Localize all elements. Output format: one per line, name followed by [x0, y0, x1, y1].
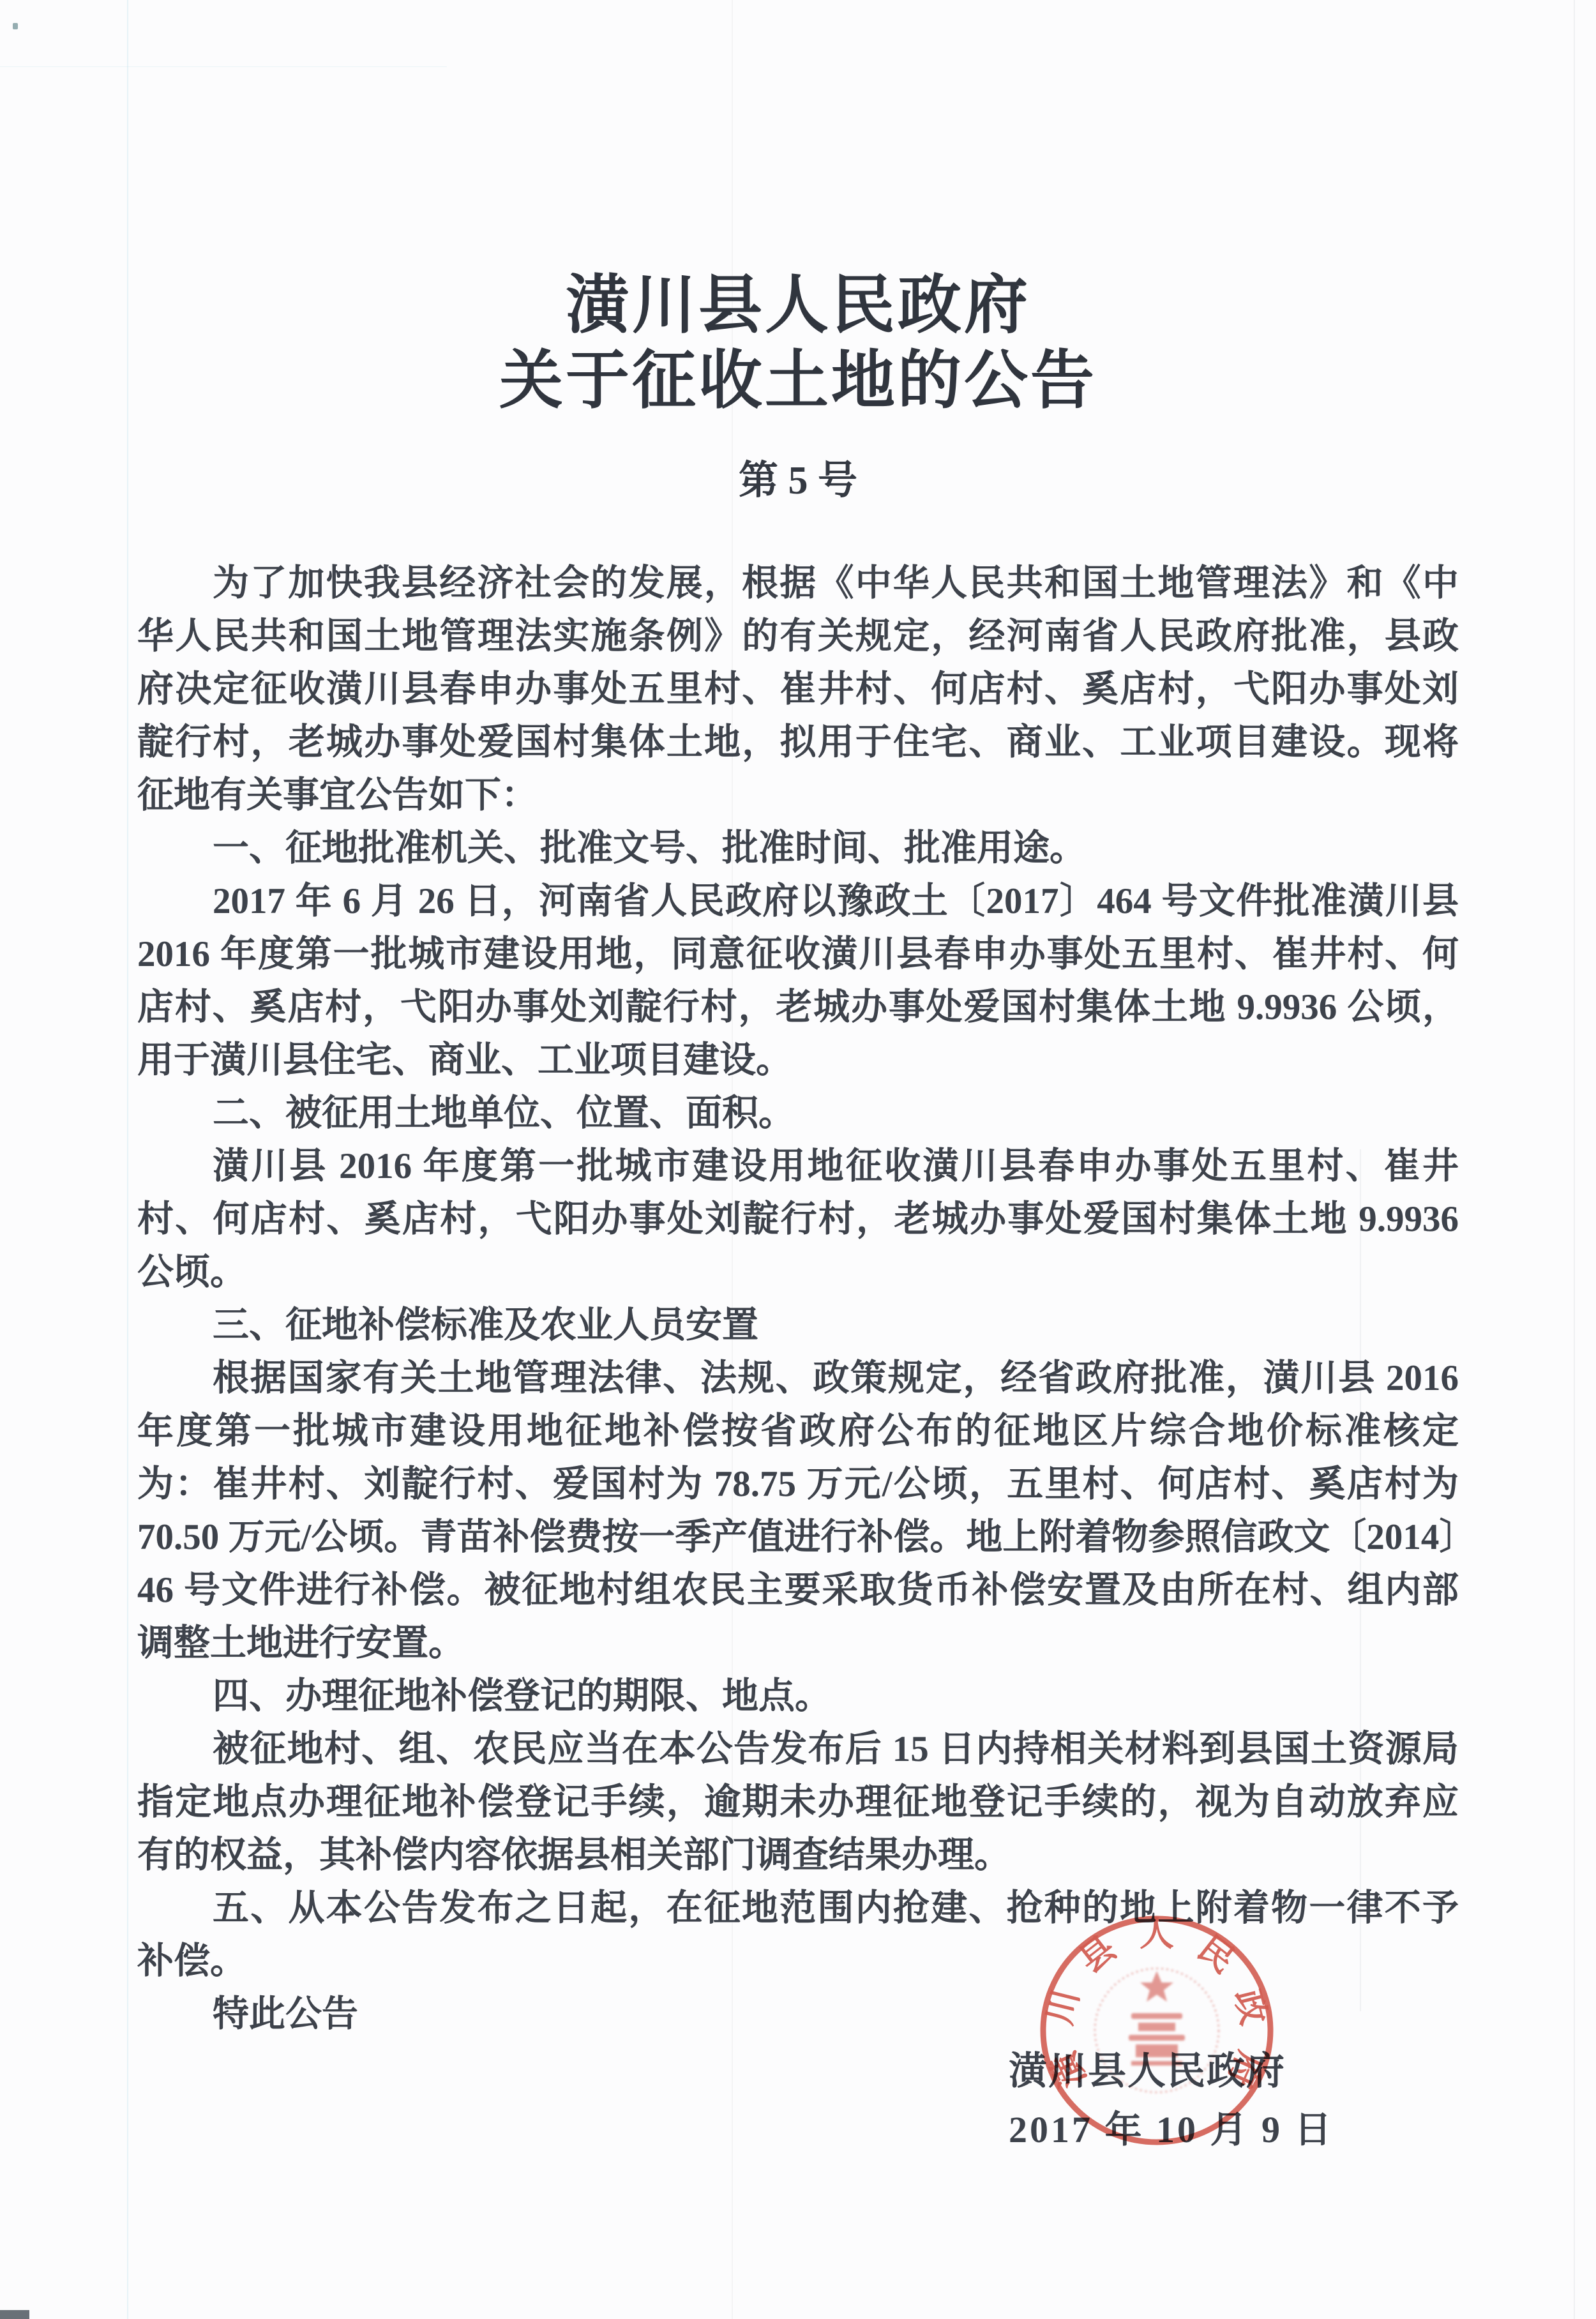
body-line: 46 号文件进行补偿。被征地村组农民主要采取货币补偿安置及由所在村、组内部 [137, 1564, 1459, 1617]
body-line: 2016 年度第一批城市建设用地，同意征收潢川县春申办事处五里村、崔井村、何 [137, 928, 1459, 981]
body-line: 补偿。 [137, 1935, 1459, 1988]
body-line: 调整土地进行安置。 [137, 1617, 1459, 1670]
signature-issuer: 潢川县人民政府 [1009, 2041, 1286, 2096]
document-number: 第 5 号 [0, 448, 1596, 505]
body-line: 被征地村、组、农民应当在本公告发布后 15 日内持相关材料到县国土资源局 [137, 1723, 1459, 1776]
document-page: 潢川县人民政府 关于征收土地的公告 第 5 号 为了加快我县经济社会的发展，根据… [0, 0, 1596, 2319]
body-line: 华人民共和国土地管理法实施条例》的有关规定，经河南省人民政府批准，县政 [137, 610, 1459, 663]
document-title-line2: 关于征收土地的公告 [0, 344, 1596, 419]
body-line: 一、征地批准机关、批准文号、批准时间、批准用途。 [137, 822, 1459, 875]
scan-artifact-corner [0, 2310, 29, 2319]
scan-streak [0, 66, 447, 67]
signature-date: 2017 年 10 月 9 日 [1009, 2099, 1334, 2153]
body-line: 四、办理征地补偿登记的期限、地点。 [137, 1670, 1459, 1723]
body-line: 特此公告 [137, 1988, 1459, 2041]
document-title-line1: 潢川县人民政府 [0, 268, 1596, 344]
body-line: 有的权益，其补偿内容依据县相关部门调查结果办理。 [137, 1829, 1459, 1882]
scan-speck [13, 23, 18, 29]
body-line: 店村、奚店村，弋阳办事处刘靛行村，老城办事处爱国村集体土地 9.9936 公顷， [137, 981, 1459, 1034]
body-line: 70.50 万元/公顷。青苗补偿费按一季产值进行补偿。地上附着物参照信政文〔20… [137, 1511, 1459, 1564]
body-line: 潢川县 2016 年度第一批城市建设用地征收潢川县春申办事处五里村、崔井 [137, 1140, 1459, 1193]
body-line: 村、何店村、奚店村，弋阳办事处刘靛行村，老城办事处爱国村集体土地 9.9936 [137, 1193, 1459, 1246]
body-line: 年度第一批城市建设用地征地补偿按省政府公布的征地区片综合地价标准核定 [137, 1405, 1459, 1458]
body-line: 为：崔井村、刘靛行村、爱国村为 78.75 万元/公顷，五里村、何店村、奚店村为 [137, 1458, 1459, 1511]
body-line: 二、被征用土地单位、位置、面积。 [137, 1087, 1459, 1140]
body-line: 2017 年 6 月 26 日，河南省人民政府以豫政土〔2017〕464 号文件… [137, 875, 1459, 928]
body-line: 用于潢川县住宅、商业、工业项目建设。 [137, 1034, 1459, 1087]
body-line: 指定地点办理征地补偿登记手续，逾期未办理征地登记手续的，视为自动放弃应 [137, 1776, 1459, 1829]
body-line: 三、征地补偿标准及农业人员安置 [137, 1299, 1459, 1352]
announcement-body: 为了加快我县经济社会的发展，根据《中华人民共和国土地管理法》和《中华人民共和国土… [137, 557, 1459, 2041]
body-line: 征地有关事宜公告如下： [137, 769, 1459, 822]
body-line: 公顷。 [137, 1246, 1459, 1299]
body-line: 府决定征收潢川县春申办事处五里村、崔井村、何店村、奚店村，弋阳办事处刘 [137, 663, 1459, 716]
body-line: 靛行村，老城办事处爱国村集体土地，拟用于住宅、商业、工业项目建设。现将 [137, 716, 1459, 769]
body-line: 五、从本公告发布之日起，在征地范围内抢建、抢种的地上附着物一律不予 [137, 1882, 1459, 1935]
body-line: 为了加快我县经济社会的发展，根据《中华人民共和国土地管理法》和《中 [137, 557, 1459, 610]
body-line: 根据国家有关土地管理法律、法规、政策规定，经省政府批准，潢川县 2016 [137, 1352, 1459, 1405]
